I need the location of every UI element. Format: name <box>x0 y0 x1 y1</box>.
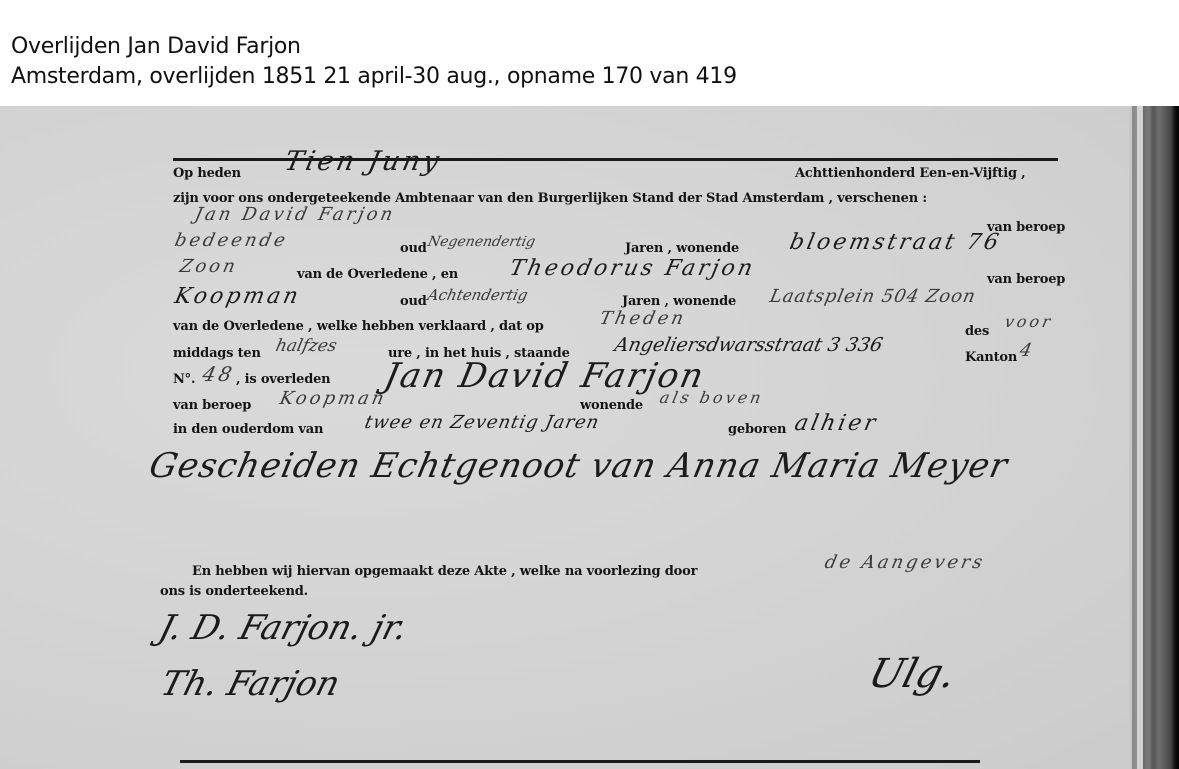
printed-verklaard: van de Overledene , welke hebben verklaa… <box>173 319 544 334</box>
handwritten-declarant2-age: Achtendertig <box>426 286 529 304</box>
handwritten-deceased-occupation: Koopman <box>278 388 389 409</box>
printed-jaren-wonende-2: Jaren , wonende <box>622 294 736 309</box>
printed-no: N°. <box>173 372 195 387</box>
death-record-scan: Op heden Tien Juny Achttienhonderd Een-e… <box>0 106 1179 769</box>
printed-van-beroep-2: van beroep <box>987 272 1065 287</box>
record-subtitle: Amsterdam, overlijden 1851 21 april-30 a… <box>11 64 737 89</box>
printed-op-heden: Op heden <box>173 166 241 181</box>
printed-year: Achttienhonderd Een-en-Vijftig , <box>795 166 1026 181</box>
handwritten-declarant2-address: Laatsplein 504 Zoon <box>768 286 978 307</box>
page-header: Overlijden Jan David Farjon Amsterdam, o… <box>0 0 1179 106</box>
handwritten-kanton-no: 4 <box>1018 340 1037 361</box>
handwritten-house-no: 48 <box>200 362 237 386</box>
printed-closing-2: ons is onderteekend. <box>160 584 308 599</box>
handwritten-deceased-name: Jan David Farjon <box>381 356 709 396</box>
printed-jaren-wonende-1: Jaren , wonende <box>625 241 739 256</box>
handwritten-declarant2-occupation: Koopman <box>172 284 303 309</box>
printed-overledene-en: van de Overledene , en <box>297 267 458 282</box>
printed-kanton: Kanton <box>965 350 1017 365</box>
printed-is-overleden: , is overleden <box>236 372 330 387</box>
printed-closing-1: En hebben wij hiervan opgemaakt deze Akt… <box>192 564 697 579</box>
handwritten-death-day: Theden <box>598 308 688 329</box>
handwritten-declarant1-name: Jan David Farjon <box>193 204 398 225</box>
bottom-rule <box>180 760 980 763</box>
handwritten-birthplace: alhier <box>792 411 880 436</box>
printed-oud-1: oud <box>400 241 427 256</box>
handwritten-declarant2-name: Theodorus Farjon <box>507 256 757 281</box>
record-title: Overlijden Jan David Farjon <box>11 34 301 59</box>
printed-wonende-3: wonende <box>580 398 643 413</box>
book-spine <box>1129 106 1179 769</box>
handwritten-deceased-residence: als boven <box>658 388 766 407</box>
handwritten-death-street: Angeliersdwarsstraat 3 336 <box>613 334 885 356</box>
signature-3: Ulg. <box>864 651 961 697</box>
handwritten-by-whom: de Aangevers <box>823 552 988 573</box>
handwritten-date: Tien Juny <box>282 146 445 177</box>
printed-van-beroep-3: van beroep <box>173 398 251 413</box>
handwritten-death-daypart: voor <box>1003 312 1055 331</box>
signature-1: J. D. Farjon. jr. <box>155 608 412 648</box>
handwritten-declarant1-age: Negenendertig <box>426 234 537 250</box>
printed-geboren: geboren <box>728 422 786 437</box>
handwritten-deceased-age: twee en Zeventig Jaren <box>363 412 602 433</box>
handwritten-declarant1-relation: Zoon <box>178 256 240 277</box>
printed-oud-2: oud <box>400 294 427 309</box>
handwritten-declarant1-address: bloemstraat 76 <box>787 230 1003 255</box>
handwritten-death-time: halfzes <box>274 336 339 356</box>
handwritten-spouse-note: Gescheiden Echtgenoot van Anna Maria Mey… <box>146 446 1012 486</box>
handwritten-declarant1-occupation: bedeende <box>173 230 290 251</box>
printed-middags-ten: middags ten <box>173 346 261 361</box>
printed-ouderdom: in den ouderdom van <box>173 422 323 437</box>
signature-2: Th. Farjon <box>157 664 345 704</box>
printed-des: des <box>965 324 989 339</box>
